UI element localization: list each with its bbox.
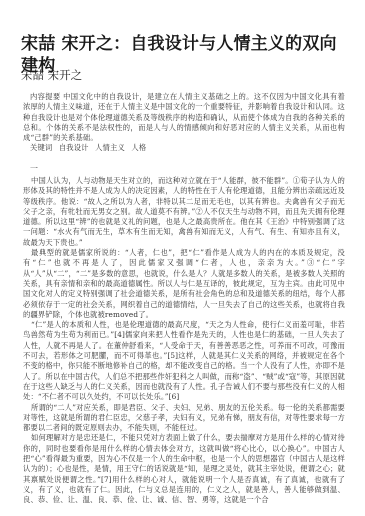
body-paragraph: 中国人认为，人与动物是天生对立的，而这种对立就在于“人能群，彼不能群”。①荀子认… [23,176,345,248]
body-paragraph: 最典型的就是儒家所说的：“人者，仁也”，把“仁”看作是人成为人的内在的本质及规定… [23,248,345,320]
body-paragraph: 如何理解对方是忠还是仁，不能只凭对方表面上做了什么，要去揣摩对方是用什么样的心情… [23,433,345,505]
abstract-section: 内容提要 中国文化中的自我设计，是建立在人情主义基础之上的。这不仅因为中国文化具… [23,92,345,154]
keywords-label: 关键词 [30,143,52,152]
keyword-item: 人情主义 [95,143,125,152]
author-line: 宋喆 宋开之 [21,68,82,82]
main-body: 中国人认为，人与动物是天生对立的，而这种对立就在于“人能群，彼不能群”。①荀子认… [23,176,345,506]
keywords-line: 关键词 自我设计 人情主义 人格 [23,143,345,153]
abstract-text: 内容提要 中国文化中的自我设计，是建立在人情主义基础之上的。这不仅因为中国文化具… [23,92,345,143]
section-number: 一 [30,164,38,174]
body-paragraph: 所谓的“二人”对应关系，即是君臣、父子、夫妇、兄弟、朋友的五伦关系。每一伦的关系… [23,403,345,434]
keyword-item: 人格 [131,143,146,152]
keyword-item: 自我设计 [59,143,89,152]
body-paragraph: “仁”是人的本质和人性，也是伦理道德的最高尺度，“天之为人性命，使行仁义而羞可耻… [23,320,345,402]
